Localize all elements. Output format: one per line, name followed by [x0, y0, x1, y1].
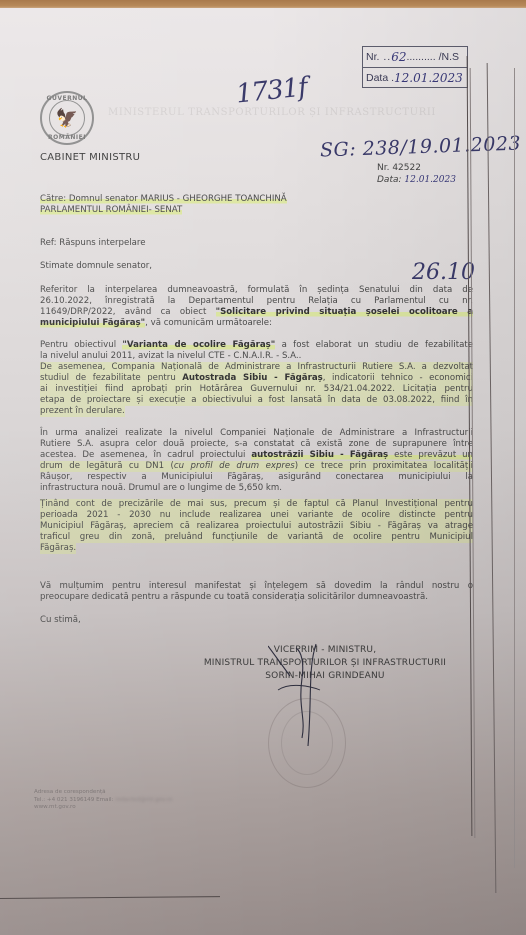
- stamp-date-row: Data . 12.01.2023: [363, 67, 467, 87]
- text-line: acestea. De asemenea, în cadrul proiectu…: [40, 450, 473, 461]
- paragraph-5: Vă mulțumim pentru interesul manifestat …: [40, 581, 473, 603]
- text-line: Municipiul Făgăraș, apreciem că realizar…: [40, 521, 473, 532]
- government-logo: GUVERNUL 🦅 ROMÂNIEI: [40, 91, 94, 145]
- text-line: 11649/DRP/2022, având ca obiect "Solicit…: [40, 307, 473, 318]
- text-line: la nivelul anului 2011, avizat la nivelu…: [40, 351, 473, 362]
- logo-top-text: GUVERNUL: [42, 95, 92, 102]
- text-line: municipiului Făgăraș", vă comunicăm urmă…: [40, 318, 473, 329]
- text-line: Vă mulțumim pentru interesul manifestat …: [40, 581, 473, 592]
- text-line: infrastructura nouă. Drumul are o lungim…: [40, 483, 473, 494]
- ministry-name: MINISTERUL TRANSPORTURILOR ȘI INFRASTRUC…: [108, 107, 436, 118]
- handwritten-number: 1731f: [235, 72, 309, 109]
- document-date-label: Data:: [377, 175, 402, 185]
- text-line: ai investiției fiind aprobați prin Hotăr…: [40, 384, 473, 395]
- text-span: studiul de fezabilitate pentru: [40, 373, 182, 383]
- stamp-nr-label: Nr.: [366, 51, 379, 63]
- subject-text: "Solicitare privind situația șoselei oco…: [216, 307, 473, 317]
- italic-text: cu profil de drum expres: [174, 461, 295, 471]
- project-name: Autostrada Sibiu - Făgăraș: [182, 373, 322, 383]
- stamp-nr-value: 62: [391, 50, 406, 64]
- handwritten-signature-icon: [268, 638, 328, 748]
- text-line: Rutiere S.A. asupra celor două proiecte,…: [40, 439, 473, 450]
- addressee-line-1: Către: Domnul senator MARIUS - GHEORGHE …: [40, 194, 287, 204]
- fold-line: [514, 68, 515, 868]
- text-line: etapa de proiectare și execuție a obiect…: [40, 395, 473, 406]
- paragraph-3: În urma analizei realizate la nivelul Co…: [40, 428, 473, 494]
- text-line: Referitor la interpelarea dumneavoastră,…: [40, 285, 473, 296]
- text-span: Pentru obiectivul: [40, 340, 122, 350]
- stamp-nr-row: Nr. .. 62 .......... /N.S: [363, 47, 467, 67]
- closing: Cu stimă,: [40, 615, 473, 626]
- project-name: "Varianta de ocolire Făgăraș": [122, 340, 275, 350]
- paper-edge: [0, 896, 220, 899]
- document-number: Nr. 42522: [377, 162, 456, 174]
- document-date: 12.01.2023: [404, 175, 456, 185]
- text-line: Ținând cont de precizările de mai sus, p…: [40, 499, 473, 510]
- text-span: , vă comunicăm următoarele:: [145, 318, 272, 328]
- footer-phone: Tel.: +4 021 3196149 Email:: [34, 797, 115, 803]
- paragraph-4: Ținând cont de precizările de mai sus, p…: [40, 499, 473, 554]
- reference: Ref: Răspuns interpelare: [40, 238, 473, 249]
- text-span: drum de legătură cu DN1 (: [40, 461, 174, 471]
- text-line: Râușor, respectiv a Municipiului Făgăraș…: [40, 472, 473, 483]
- fold-line: [487, 63, 497, 893]
- handwritten-registration: SG: 238/19.01.2023: [320, 132, 522, 161]
- paragraph-1: Referitor la interpelarea dumneavoastră,…: [40, 285, 473, 329]
- stamp-date-label: Data: [366, 72, 388, 84]
- logo-bottom-text: ROMÂNIEI: [42, 134, 92, 141]
- department-name: CABINET MINISTRU: [40, 152, 140, 163]
- text-span: acestea. De asemenea, în cadrul proiectu…: [40, 450, 251, 460]
- handwritten-date-note: 26.10: [412, 260, 475, 285]
- text-line: perioada 2021 - 2030 nu include realizar…: [40, 510, 473, 521]
- paragraph-2: Pentru obiectivul "Varianta de ocolire F…: [40, 340, 473, 417]
- text-line: preocupare dedicată pentru a răspunde cu…: [40, 592, 473, 603]
- text-span: ) ce trece prin proximitatea localității: [295, 461, 473, 471]
- text-line: prezent în derulare.: [40, 406, 125, 417]
- text-line: Pentru obiectivul "Varianta de ocolire F…: [40, 340, 473, 351]
- text-line: 26.10.2022, înregistrată la Departamentu…: [40, 296, 473, 307]
- document-page: GUVERNUL 🦅 ROMÂNIEI MINISTERUL TRANSPORT…: [0, 8, 526, 935]
- footer-website: www.mt.gov.ro: [34, 804, 172, 812]
- stamp-nr-suffix: /N.S: [439, 51, 459, 63]
- registration-stamp: Nr. .. 62 .......... /N.S Data . 12.01.2…: [362, 46, 468, 88]
- text-line: Făgăraș.: [40, 543, 76, 554]
- addressee: Către: Domnul senator MARIUS - GHEORGHE …: [40, 194, 473, 216]
- footer-address: Adresa de corespondență: [34, 789, 172, 797]
- text-line: traficul greu din zonă, preluând funcțiu…: [40, 532, 473, 543]
- text-line: De asemenea, Compania Națională de Admin…: [40, 362, 473, 373]
- text-span: , indicatorii tehnico - economici: [323, 373, 473, 383]
- project-name: autostrăzii Sibiu - Făgăraș: [251, 450, 388, 460]
- text-span: este prevăzut un: [388, 450, 473, 460]
- salutation: Stimate domnule senator,: [40, 261, 473, 272]
- subject-text: municipiului Făgăraș": [40, 318, 145, 328]
- text-span: a fost elaborat un studiu de fezabilitat…: [275, 340, 473, 350]
- text-line: În urma analizei realizate la nivelul Co…: [40, 428, 473, 439]
- footer-email-redacted: redacted@mt.gov.ro: [115, 797, 172, 803]
- text-line: studiul de fezabilitate pentru Autostrad…: [40, 373, 473, 384]
- stamp-date-value: 12.01.2023: [394, 71, 463, 85]
- document-number-block: Nr. 42522 Data: 12.01.2023: [377, 162, 456, 186]
- footer-contact: Adresa de corespondență Tel.: +4 021 319…: [34, 789, 172, 812]
- text-span: 11649/DRP/2022, având ca obiect: [40, 307, 216, 317]
- addressee-line-2: PARLAMENTUL ROMÂNIEI- SENAT: [40, 205, 182, 215]
- text-line: drum de legătură cu DN1 (cu profil de dr…: [40, 461, 473, 472]
- eagle-coat-of-arms-icon: 🦅: [49, 100, 85, 136]
